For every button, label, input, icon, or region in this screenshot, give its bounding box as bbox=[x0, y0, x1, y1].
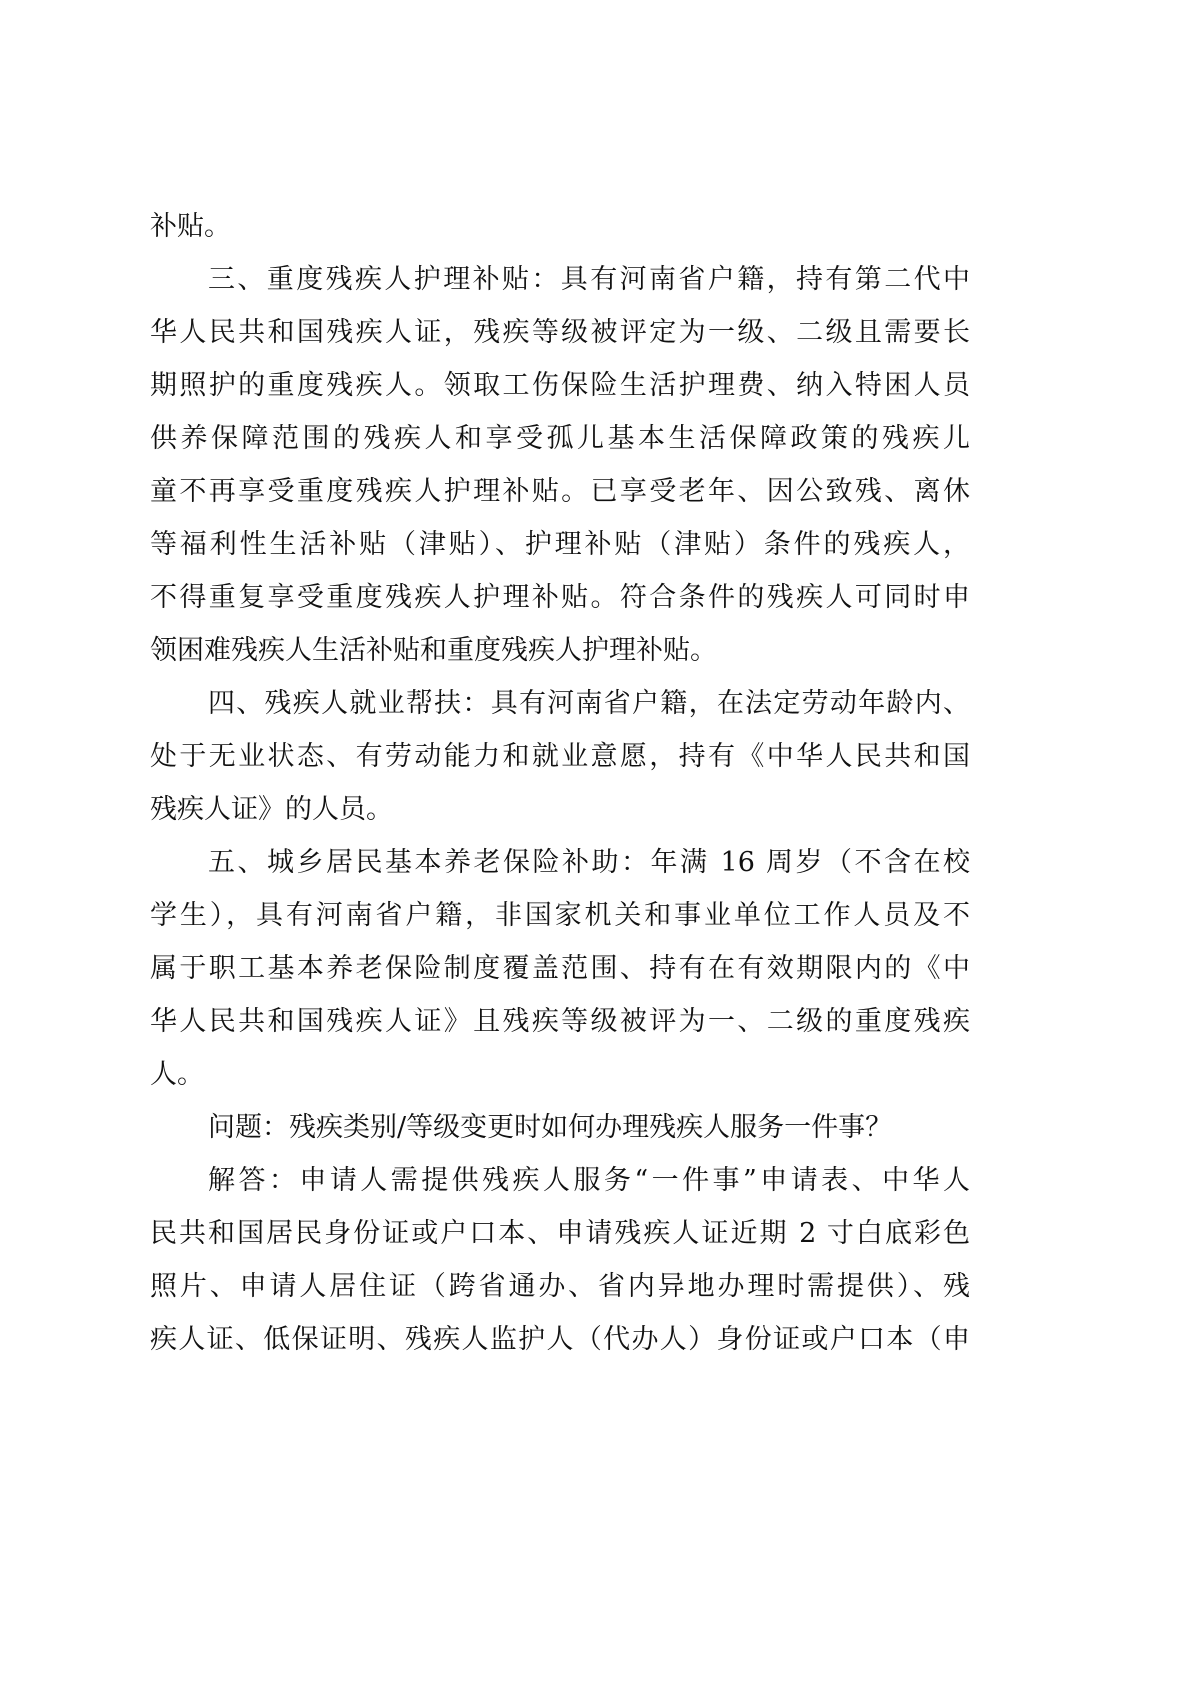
text-line: 疾人证、低保证明、残疾人监护人（代办人）身份证或户口本（申 bbox=[150, 1313, 970, 1366]
text-line: 残疾人证》的人员。 bbox=[150, 783, 970, 836]
text-line: 补贴。 bbox=[150, 200, 970, 253]
text-line: 属于职工基本养老保险制度覆盖范围、持有在有效期限内的《中 bbox=[150, 942, 970, 995]
paragraph-5-heading-line: 五、城乡居民基本养老保险补助：年满 16 周岁（不含在校 bbox=[150, 836, 970, 889]
text-line: 学生），具有河南省户籍，非国家机关和事业单位工作人员及不 bbox=[150, 889, 970, 942]
paragraph-3-heading-line: 三、重度残疾人护理补贴：具有河南省户籍，持有第二代中 bbox=[150, 253, 970, 306]
text-line: 华人民共和国残疾人证》且残疾等级被评为一、二级的重度残疾 bbox=[150, 995, 970, 1048]
document-page: 补贴。 三、重度残疾人护理补贴：具有河南省户籍，持有第二代中 华人民共和国残疾人… bbox=[0, 0, 1189, 1683]
text-line: 民共和国居民身份证或户口本、申请残疾人证近期 2 寸白底彩色 bbox=[150, 1207, 970, 1260]
text-line: 等福利性生活补贴（津贴）、护理补贴（津贴）条件的残疾人， bbox=[150, 518, 970, 571]
text-line: 处于无业状态、有劳动能力和就业意愿，持有《中华人民共和国 bbox=[150, 730, 970, 783]
text-line: 童不再享受重度残疾人护理补贴。已享受老年、因公致残、离休 bbox=[150, 465, 970, 518]
text-line: 华人民共和国残疾人证，残疾等级被评定为一级、二级且需要长 bbox=[150, 306, 970, 359]
document-body: 补贴。 三、重度残疾人护理补贴：具有河南省户籍，持有第二代中 华人民共和国残疾人… bbox=[150, 200, 970, 1366]
text-line: 照片、申请人居住证（跨省通办、省内异地办理时需提供）、残 bbox=[150, 1260, 970, 1313]
paragraph-4-heading-line: 四、残疾人就业帮扶：具有河南省户籍，在法定劳动年龄内、 bbox=[150, 677, 970, 730]
text-line: 领困难残疾人生活补贴和重度残疾人护理补贴。 bbox=[150, 624, 970, 677]
answer-heading-line: 解答：申请人需提供残疾人服务“一件事”申请表、中华人 bbox=[150, 1154, 970, 1207]
text-line: 期照护的重度残疾人。领取工伤保险生活护理费、纳入特困人员 bbox=[150, 359, 970, 412]
text-line: 不得重复享受重度残疾人护理补贴。符合条件的残疾人可同时申 bbox=[150, 571, 970, 624]
text-line: 供养保障范围的残疾人和享受孤儿基本生活保障政策的残疾儿 bbox=[150, 412, 970, 465]
text-line: 人。 bbox=[150, 1048, 970, 1101]
question-line: 问题：残疾类别/等级变更时如何办理残疾人服务一件事？ bbox=[150, 1101, 970, 1154]
